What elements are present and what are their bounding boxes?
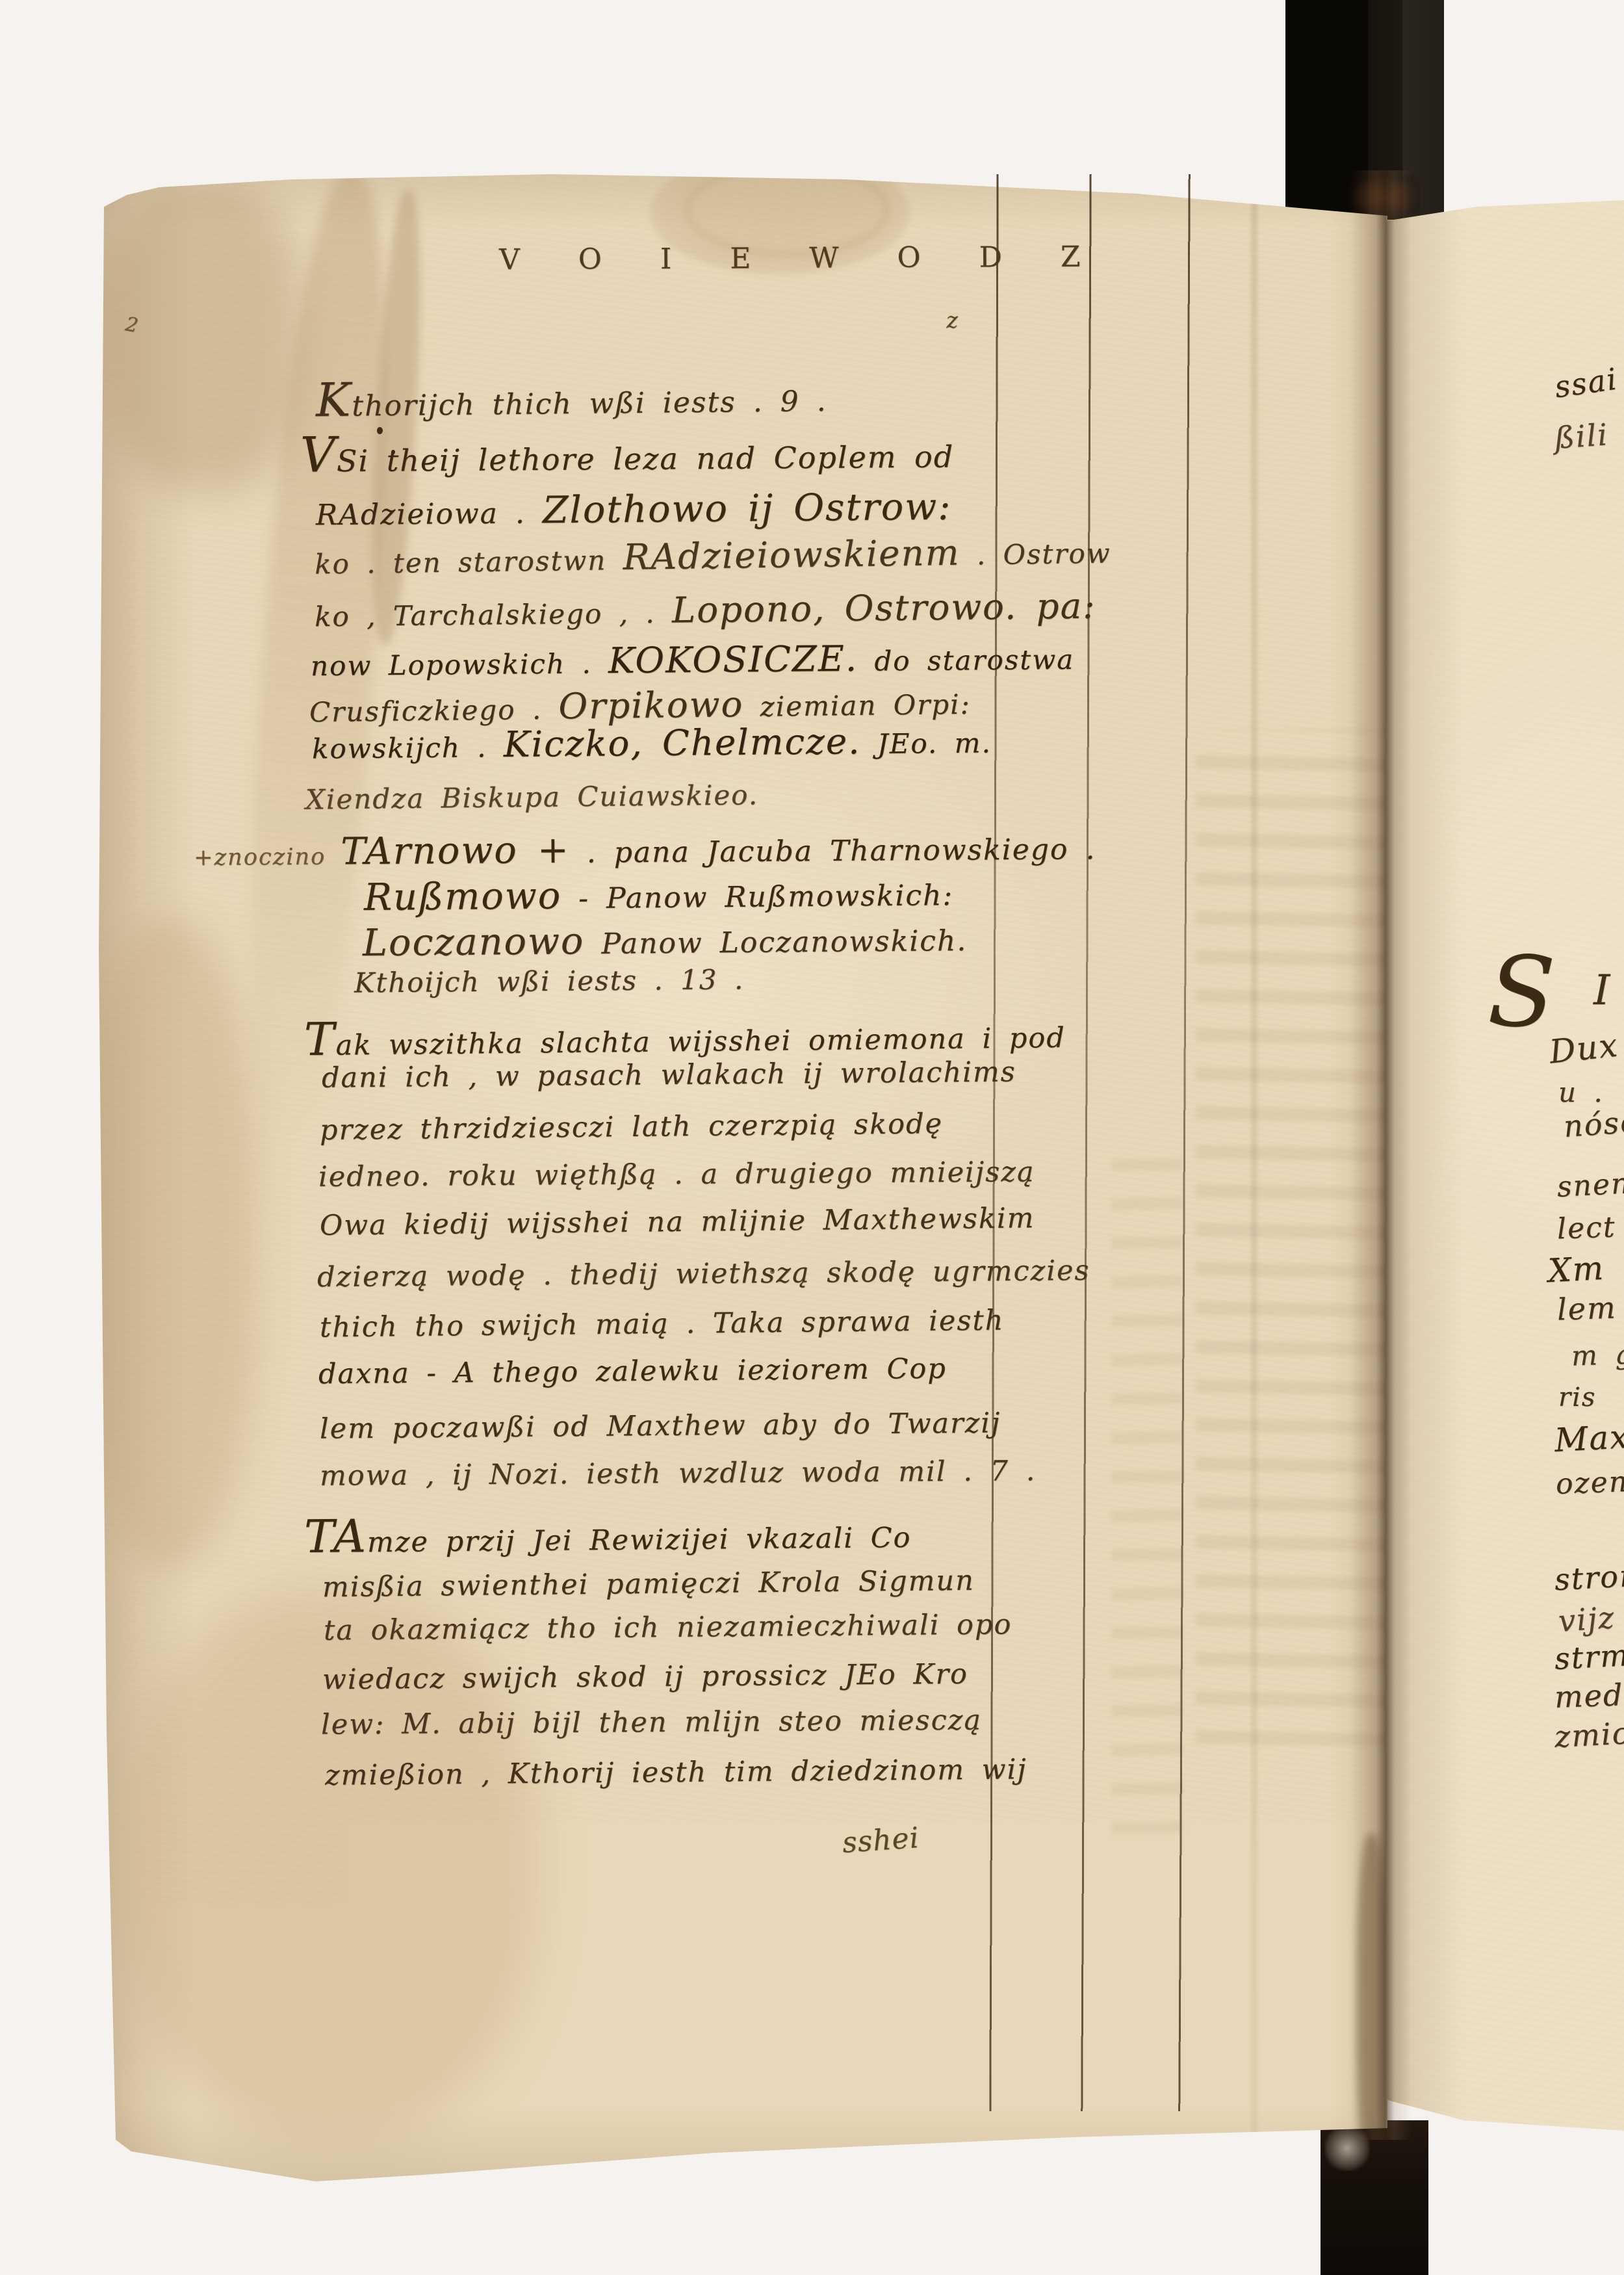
manuscript-line: przez thrzidziesczi lath czerzpią skodę bbox=[320, 1110, 943, 1145]
dog-ear-corner bbox=[123, 2112, 318, 2184]
right-page-text-fragment: nóso bbox=[1563, 1106, 1624, 1141]
manuscript-line: dzierzą wodę . thedij wiethszą skodę ugr… bbox=[317, 1257, 1090, 1292]
manuscript-line: Owa kiedij wijsshei na mlijnie Maxthewsk… bbox=[320, 1204, 1035, 1240]
ink-bleedthrough bbox=[1111, 1145, 1183, 1860]
manuscript-line: ta okazmiącz tho ich niezamieczhiwali op… bbox=[324, 1611, 1012, 1644]
right-page-text-fragment: ozen bbox=[1555, 1468, 1624, 1499]
manuscript-line: lew: M. abij bijl then mlijn steo miescz… bbox=[321, 1706, 982, 1739]
manuscript-text: zmießion , Kthorij iesth tim dziedzinom … bbox=[325, 1753, 1027, 1791]
manuscript-text: ta okazmiącz tho ich niezamieczhiwali op… bbox=[324, 1608, 1012, 1646]
fold-crease bbox=[1251, 170, 1257, 2184]
manuscript-line: Tak wszithka slachta wijsshei omiemona i… bbox=[304, 1009, 1066, 1063]
manuscript-text: JEo. m. bbox=[860, 727, 992, 760]
manuscript-text: ziemian Orpi: bbox=[743, 688, 971, 723]
manuscript-line: VSi theij lethore leza nad Coplem od bbox=[300, 426, 955, 480]
water-stain bbox=[78, 918, 260, 1568]
manuscript-text: RAdzieiowskienm bbox=[623, 532, 960, 578]
manuscript-text: now Lopowskich . bbox=[311, 647, 608, 682]
manuscript-line: kowskijch . Kiczko, Chelmcze. JEo. m. bbox=[312, 722, 992, 764]
right-page-text-fragment: stror bbox=[1554, 1561, 1624, 1594]
manuscript-line: Xiendza Biskupa Cuiawskieo. bbox=[305, 781, 758, 813]
manuscript-text: - Panow Rußmowskich: bbox=[561, 879, 953, 915]
manuscript-text: dani ich , w pasach wlakach ij wrolachim… bbox=[322, 1056, 1016, 1094]
running-header: V O I E W O D Z bbox=[499, 240, 1105, 277]
manuscript-text: Loczanowo bbox=[363, 920, 585, 965]
manuscript-line: RAdzieiowa . Zlothowo ij Ostrow: bbox=[316, 489, 952, 532]
manuscript-text: wiedacz swijch skod ij prossicz JEo Kro bbox=[322, 1658, 968, 1696]
manuscript-text: TA bbox=[304, 1510, 368, 1563]
manuscript-text: V bbox=[300, 426, 337, 483]
manuscript-text: mowa , ij Nozi. iesth wzdluz woda mil . … bbox=[320, 1455, 1037, 1492]
manuscript-text: kowskijch . bbox=[312, 731, 504, 765]
manuscript-line: zmießion , Kthorij iesth tim dziedzinom … bbox=[325, 1756, 1027, 1789]
manuscript-text: thorijch thich wßi iests . 9 . bbox=[352, 385, 827, 423]
manuscript-line: Rußmowo - Panow Rußmowskich: bbox=[364, 874, 954, 916]
right-page-text-fragment: ris bbox=[1558, 1384, 1596, 1410]
right-page-text-fragment: med bbox=[1554, 1680, 1624, 1712]
manuscript-text: Panow Loczanowskich. bbox=[584, 924, 967, 961]
manuscript-text: Xiendza Biskupa Cuiawskieo. bbox=[305, 779, 759, 815]
manuscript-text: lem poczawßi od Maxthew aby do Twarzij bbox=[320, 1407, 1001, 1445]
right-page-text-fragment: ßili bbox=[1553, 419, 1609, 453]
gutter-wear bbox=[1357, 1834, 1387, 2172]
manuscript-line: TAmze przij Jei Rewizijei vkazali Co bbox=[304, 1509, 912, 1560]
manuscript-line: wiedacz swijch skod ij prossicz JEo Kro bbox=[322, 1661, 968, 1695]
manuscript-text: Lopono, Ostrowo. pa: bbox=[672, 585, 1096, 631]
manuscript-text: Kiczko, Chelmcze. bbox=[504, 720, 861, 765]
margin-mark: z bbox=[946, 309, 959, 332]
manuscript-line: thich tho swijch maią . Taka sprawa iest… bbox=[320, 1306, 1005, 1342]
manuscript-text: K bbox=[316, 373, 352, 428]
water-stain bbox=[552, 2088, 1072, 2192]
binding-strap-bottom bbox=[1321, 2120, 1428, 2275]
manuscript-line: lem poczawßi od Maxthew aby do Twarzij bbox=[320, 1409, 1001, 1443]
manuscript-line: misßia swienthei pamięczi Krola Sigmun bbox=[322, 1567, 975, 1602]
right-page-text-fragment: ssai bbox=[1553, 363, 1619, 402]
manuscript-text: do starostwa bbox=[858, 643, 1075, 677]
manuscript-line: now Lopowskich . KOKOSICZE. do starostwa bbox=[311, 639, 1075, 681]
manuscript-line: Kthorijch thich wßi iests . 9 . bbox=[316, 372, 827, 424]
right-page-text-fragment: vijz bbox=[1558, 1602, 1616, 1636]
manuscript-text: lew: M. abij bijl then mlijn steo miescz… bbox=[321, 1704, 982, 1741]
manuscript-text: RAdzieiowa . bbox=[316, 497, 543, 532]
right-page-text-fragment: lem bbox=[1556, 1292, 1617, 1324]
right-page-text-fragment: lect bbox=[1556, 1213, 1616, 1243]
manuscript-text: Orpikowo bbox=[558, 683, 744, 727]
scanned-book-opening: V O I E W O D Z Kthorijch thich wßi iest… bbox=[0, 0, 1624, 2275]
manuscript-text: Zlothowo ij Ostrow: bbox=[542, 486, 951, 532]
manuscript-line: ko , Tarchalskiego , . Lopono, Ostrowo. … bbox=[315, 588, 1096, 632]
manuscript-text: Si theij lethore leza nad Coplem od bbox=[337, 439, 955, 478]
manuscript-text: TArnowo + bbox=[341, 829, 570, 873]
right-page-text-fragment: snen bbox=[1556, 1169, 1624, 1202]
right-page-text-fragment: Max bbox=[1554, 1420, 1624, 1457]
manuscript-line: Crusficzkiego . Orpikowo ziemian Orpi: bbox=[309, 684, 971, 727]
manuscript-text: Kthoijch wßi iests . 13 . bbox=[354, 963, 745, 998]
manuscript-line: mowa , ij Nozi. iesth wzdluz woda mil . … bbox=[320, 1457, 1037, 1490]
manuscript-text: ko . ten starostwn bbox=[315, 544, 623, 580]
right-page-text-fragment: m g bbox=[1571, 1340, 1624, 1370]
manuscript-text: KOKOSICZE. bbox=[608, 638, 858, 681]
manuscript-text: mze przij Jei Rewizijei vkazali Co bbox=[367, 1522, 912, 1559]
binding-strap-top bbox=[1285, 0, 1444, 220]
manuscript-line: +znoczino TArnowo + . pana Jacuba Tharno… bbox=[194, 828, 1096, 872]
right-page-text-fragment: I bbox=[1593, 970, 1611, 1011]
right-page-text-fragment: Dux bbox=[1548, 1029, 1620, 1069]
manuscript-text: iedneo. roku więthßą . a drugiego mnieij… bbox=[318, 1156, 1035, 1193]
right-page-text-fragment: Xm bbox=[1547, 1252, 1606, 1287]
manuscript-text: dzierzą wodę . thedij wiethszą skodę ugr… bbox=[317, 1254, 1090, 1293]
manuscript-right-page bbox=[1386, 195, 1624, 2135]
manuscript-line: Loczanowo Panow Loczanowskich. bbox=[363, 920, 968, 962]
manuscript-text: przez thrzidziesczi lath czerzpią skodę bbox=[320, 1108, 944, 1147]
right-page-text-fragment: u . bbox=[1558, 1079, 1604, 1106]
manuscript-text: Rußmowo bbox=[364, 874, 562, 919]
right-page-text-fragment: S bbox=[1486, 942, 1558, 1043]
manuscript-text: +znoczino bbox=[194, 843, 341, 871]
right-page-text-fragment: zmic bbox=[1554, 1718, 1624, 1752]
manuscript-text: . pana Jacuba Tharnowskiego . bbox=[570, 833, 1096, 870]
manuscript-text: T bbox=[304, 1013, 336, 1067]
manuscript-text: daxna - A thego zalewku ieziorem Cop bbox=[318, 1353, 947, 1390]
manuscript-text: ko , Tarchalskiego , . bbox=[315, 597, 672, 633]
manuscript-line: Kthoijch wßi iests . 13 . bbox=[354, 966, 745, 996]
right-page-text-fragment: strm bbox=[1554, 1640, 1624, 1674]
manuscript-line: iedneo. roku więthßą . a drugiego mnieij… bbox=[318, 1158, 1035, 1191]
manuscript-text: . Ostrow bbox=[960, 537, 1111, 571]
manuscript-text: misßia swienthei pamięczi Krola Sigmun bbox=[322, 1565, 975, 1604]
manuscript-line: dani ich , w pasach wlakach ij wrolachim… bbox=[322, 1058, 1016, 1092]
catchword: sshei bbox=[841, 1821, 920, 1860]
manuscript-line: daxna - A thego zalewku ieziorem Cop bbox=[318, 1355, 947, 1388]
